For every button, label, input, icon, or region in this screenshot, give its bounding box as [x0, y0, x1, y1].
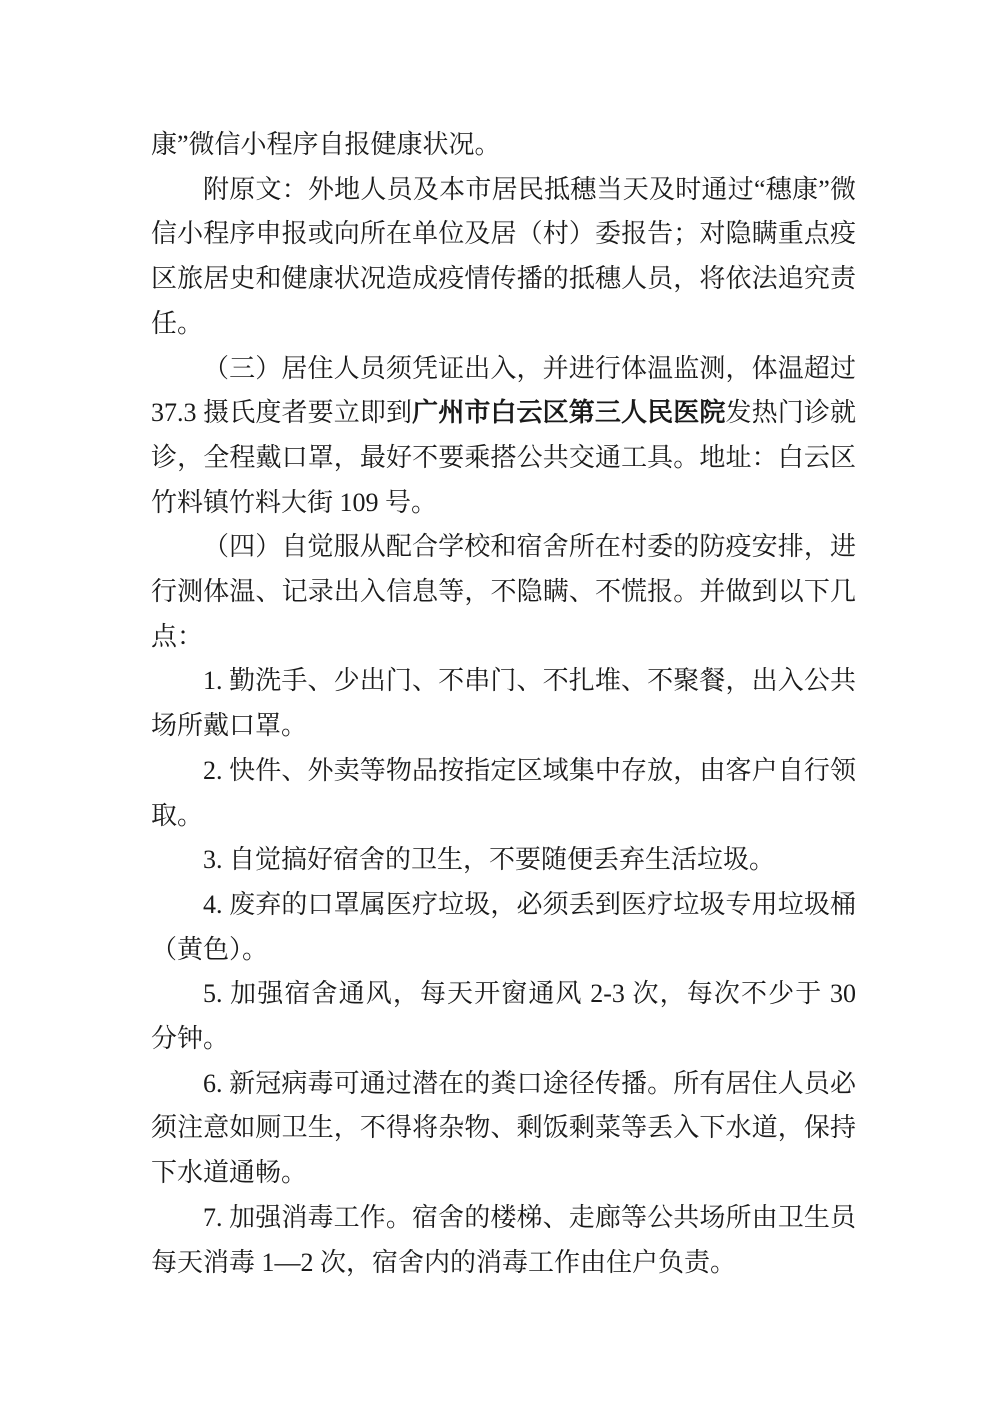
paragraph: 3. 自觉搞好宿舍的卫生，不要随便丢弃生活垃圾。: [151, 838, 856, 883]
paragraph: 1. 勤洗手、少出门、不串门、不扎堆、不聚餐，出入公共场所戴口罩。: [151, 659, 856, 748]
text-run: 1. 勤洗手、少出门、不串门、不扎堆、不聚餐，出入公共场所戴口罩。: [151, 666, 856, 740]
paragraph: （四）自觉服从配合学校和宿舍所在村委的防疫安排，进行测体温、记录出入信息等，不隐…: [151, 525, 856, 659]
paragraph: （三）居住人员须凭证出入，并进行体温监测，体温超过 37.3 摄氏度者要立即到广…: [151, 347, 856, 526]
text-run: 4. 废弃的口罩属医疗垃圾，必须丢到医疗垃圾专用垃圾桶（黄色）。: [151, 890, 856, 964]
text-run: 7. 加强消毒工作。宿舍的楼梯、走廊等公共场所由卫生员每天消毒 1—2 次，宿舍…: [151, 1203, 856, 1277]
paragraph: 附原文：外地人员及本市居民抵穗当天及时通过“穗康”微信小程序申报或向所在单位及居…: [151, 168, 856, 347]
paragraph: 康”微信小程序自报健康状况。: [151, 123, 856, 168]
paragraph: 4. 废弃的口罩属医疗垃圾，必须丢到医疗垃圾专用垃圾桶（黄色）。: [151, 883, 856, 972]
text-run: 6. 新冠病毒可通过潜在的粪口途径传播。所有居住人员必须注意如厕卫生，不得将杂物…: [151, 1069, 856, 1187]
paragraph: 2. 快件、外卖等物品按指定区域集中存放，由客户自行领取。: [151, 749, 856, 838]
bold-text-run: 广州市白云区第三人民医院: [412, 398, 725, 427]
text-run: 5. 加强宿舍通风，每天开窗通风 2-3 次，每次不少于 30 分钟。: [151, 979, 856, 1053]
text-run: （四）自觉服从配合学校和宿舍所在村委的防疫安排，进行测体温、记录出入信息等，不隐…: [151, 532, 856, 650]
paragraph: 6. 新冠病毒可通过潜在的粪口途径传播。所有居住人员必须注意如厕卫生，不得将杂物…: [151, 1062, 856, 1196]
paragraph: 5. 加强宿舍通风，每天开窗通风 2-3 次，每次不少于 30 分钟。: [151, 972, 856, 1061]
document-body: 康”微信小程序自报健康状况。附原文：外地人员及本市居民抵穗当天及时通过“穗康”微…: [151, 123, 856, 1285]
text-run: 康”微信小程序自报健康状况。: [151, 130, 501, 159]
text-run: 2. 快件、外卖等物品按指定区域集中存放，由客户自行领取。: [151, 756, 856, 830]
paragraph: 7. 加强消毒工作。宿舍的楼梯、走廊等公共场所由卫生员每天消毒 1—2 次，宿舍…: [151, 1196, 856, 1285]
text-run: 3. 自觉搞好宿舍的卫生，不要随便丢弃生活垃圾。: [203, 845, 775, 874]
text-run: 附原文：外地人员及本市居民抵穗当天及时通过“穗康”微信小程序申报或向所在单位及居…: [151, 175, 856, 338]
document-page: 康”微信小程序自报健康状况。附原文：外地人员及本市居民抵穗当天及时通过“穗康”微…: [0, 0, 999, 1414]
